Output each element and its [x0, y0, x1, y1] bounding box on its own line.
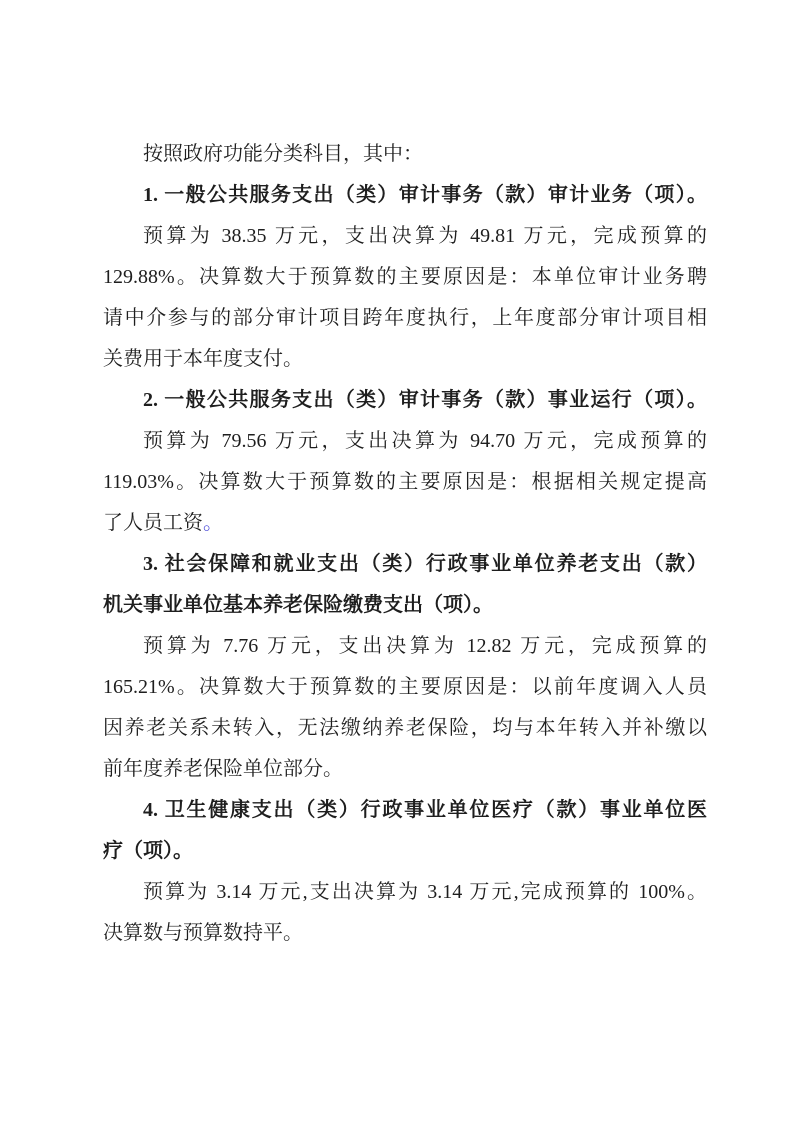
section-2-body-line: 119.03%。决算数大于预算数的主要原因是：根据相关规定提高 [103, 462, 707, 503]
section-1-body-line: 129.88%。决算数大于预算数的主要原因是：本单位审计业务聘 [103, 257, 707, 298]
section-2-body-line: 预算为 79.56 万元，支出决算为 94.70 万元，完成预算的 [103, 421, 707, 462]
document-page: 按照政府功能分类科目，其中： 1. 一般公共服务支出（类）审计事务（款）审计业务… [0, 0, 793, 1122]
section-4-title-line: 4. 卫生健康支出（类）行政事业单位医疗（款）事业单位医 [103, 790, 707, 831]
section-3-body-line: 165.21%。决算数大于预算数的主要原因是：以前年度调入人员 [103, 667, 707, 708]
section-2-title: 2. 一般公共服务支出（类）审计事务（款）事业运行（项）。 [103, 380, 707, 421]
section-2-body-line: 了人员工资。 [103, 503, 707, 544]
document-body: 按照政府功能分类科目，其中： 1. 一般公共服务支出（类）审计事务（款）审计业务… [103, 134, 707, 954]
section-1-body-line: 请中介参与的部分审计项目跨年度执行，上年度部分审计项目相 [103, 298, 707, 339]
section-3-body-line: 预算为 7.76 万元，支出决算为 12.82 万元，完成预算的 [103, 626, 707, 667]
section-3-body-line: 因养老关系未转入，无法缴纳养老保险，均与本年转入并补缴以 [103, 708, 707, 749]
section-3-body-line: 前年度养老保险单位部分。 [103, 749, 707, 790]
section-4-body-line: 预算为 3.14 万元,支出决算为 3.14 万元,完成预算的 100%。 [103, 872, 707, 913]
section-3-title-line: 3. 社会保障和就业支出（类）行政事业单位养老支出（款） [103, 544, 707, 585]
section-1-body-line: 关费用于本年度支付。 [103, 339, 707, 380]
section-1-body-line: 预算为 38.35 万元，支出决算为 49.81 万元，完成预算的 [103, 216, 707, 257]
section-1-title: 1. 一般公共服务支出（类）审计事务（款）审计业务（项）。 [103, 175, 707, 216]
section-4-title-line: 疗（项）。 [103, 831, 707, 872]
section-3-title-line: 机关事业单位基本养老保险缴费支出（项）。 [103, 585, 707, 626]
intro-line: 按照政府功能分类科目，其中： [103, 134, 707, 175]
section-4-body-line: 决算数与预算数持平。 [103, 913, 707, 954]
blue-period: 。 [203, 512, 223, 534]
section-2-body-text: 了人员工资 [103, 512, 203, 534]
